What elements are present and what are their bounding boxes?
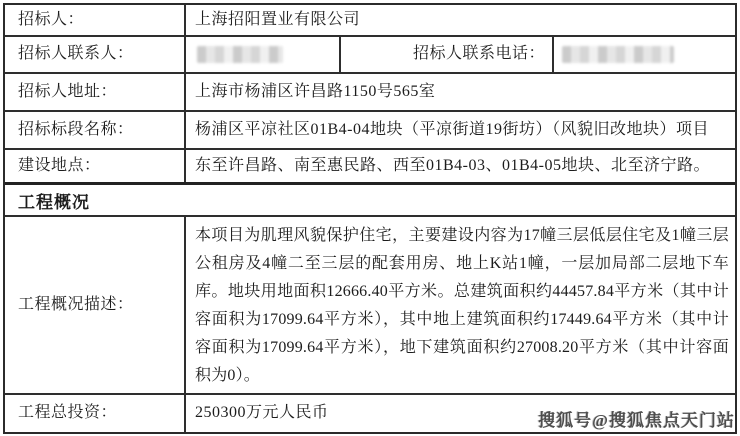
bidder-label: 招标人： [5,5,186,35]
section-name-value: 杨浦区平凉社区01B4-04地块（平凉街道19街坊）（风貌旧改地块）项目 [186,112,735,148]
table-row-address: 招标人地址： 上海市杨浦区许昌路1150号565室 [5,74,735,112]
table-row-contact: 招标人联系人： 招标人联系电话： [5,37,735,74]
address-value: 上海市杨浦区许昌路1150号565室 [186,74,735,110]
table-row-location: 建设地点： 东至许昌路、南至惠民路、西至01B4-03、01B4-05地块、北至… [5,150,735,185]
section-name-label: 招标标段名称： [5,112,186,148]
contact-label: 招标人联系人： [5,37,186,72]
overview-desc-value: 本项目为肌理风貌保护住宅，主要建设内容为17幢三层低层住宅及1幢三层公租房及4幢… [195,222,729,390]
contact-phone-cell [554,37,735,72]
document-page: 招标人： 上海招阳置业有限公司 招标人联系人： 招标人联系电话： 招标人地址： … [0,0,740,436]
location-value: 东至许昌路、南至惠民路、西至01B4-03、01B4-05地块、北至济宁路。 [186,150,735,182]
sohu-watermark: 搜狐号@搜狐焦点天门站 [538,406,735,431]
redacted-contact-phone [562,46,674,63]
bidder-value: 上海招阳置业有限公司 [186,5,735,35]
overview-desc-label: 工程概况描述： [5,217,186,393]
table-row-bidder: 招标人： 上海招阳置业有限公司 [5,5,735,37]
table-row-section-name: 招标标段名称： 杨浦区平凉社区01B4-04地块（平凉街道19街坊）（风貌旧改地… [5,112,735,150]
address-label: 招标人地址： [5,74,186,110]
table-row-overview-desc: 工程概况描述： 本项目为肌理风貌保护住宅，主要建设内容为17幢三层低层住宅及1幢… [5,217,735,395]
contact-name-cell [186,37,341,72]
table-row-overview-header: 工程概况 [5,185,735,217]
overview-desc-cell: 本项目为肌理风貌保护住宅，主要建设内容为17幢三层低层住宅及1幢三层公租房及4幢… [186,217,735,393]
bid-info-table: 招标人： 上海招阳置业有限公司 招标人联系人： 招标人联系电话： 招标人地址： … [3,3,737,434]
location-label: 建设地点： [5,150,186,182]
investment-label: 工程总投资： [5,395,186,432]
redacted-contact-name [197,46,283,63]
contact-phone-label: 招标人联系电话： [341,37,554,72]
overview-section-title: 工程概况 [5,185,735,215]
